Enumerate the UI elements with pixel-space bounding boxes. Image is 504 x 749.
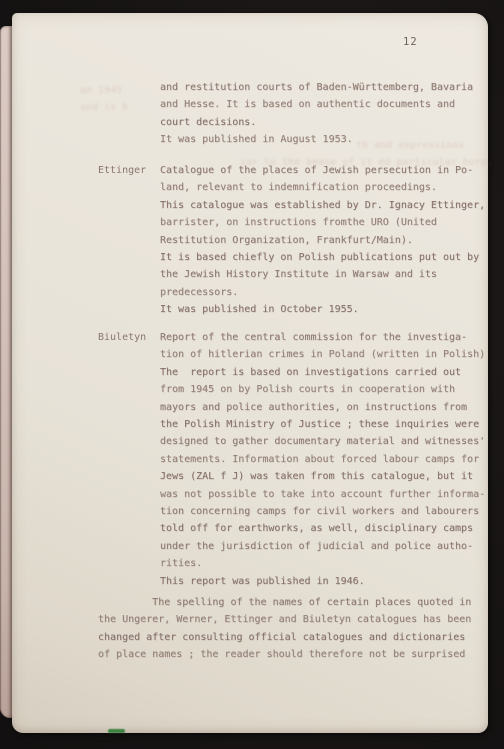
entry-ettinger: Ettinger Catalogue of the places of Jewi… [98,162,484,319]
text-line: Report of the central commission for the… [160,329,484,346]
entry-biuletyn: Biuletyn Report of the central commissio… [98,329,484,590]
text-line: Restitution Organization, Frankfurt/Main… [160,232,484,249]
text-line: told off for earthworks, as well, discip… [160,520,484,537]
text-line: land, relevant to indemnification procee… [160,179,484,196]
text-line: of place names ; the reader should there… [98,646,484,663]
text-line: and restitution courts of Baden-Württemb… [160,79,484,96]
closing-paragraph: The spelling of the names of certain pla… [98,594,484,664]
text-line: This report was published in 1946. [160,573,484,590]
entry-body: and restitution courts of Baden-Württemb… [160,79,484,149]
text-line: was not possible to take into account fu… [160,486,484,503]
text-line: Catalogue of the places of Jewish persec… [160,162,484,179]
text-line: This catalogue was established by Dr. Ig… [160,197,484,214]
entry-label: Ettinger [98,162,160,179]
text-line: barrister, on instructions fromthe URO (… [160,214,484,231]
text-line: designed to gather documentary material … [160,433,484,450]
document-page: 12 an 1945 . and is b th and expressions… [12,13,488,733]
text-line: statements. Information about forced lab… [160,451,484,468]
text-line: It was published in October 1955. [160,301,484,318]
text-line: the Polish Ministry of Justice ; these i… [160,416,484,433]
text-line: under the jurisdiction of judicial and p… [160,538,484,555]
text-line: Jews (ZAL f J) was taken from this catal… [160,468,484,485]
text-line: It was published in August 1953. [160,131,484,148]
text-line: and Hesse. It is based on authentic docu… [160,96,484,113]
scanner-background: 12 an 1945 . and is b th and expressions… [0,0,504,749]
text-line: rities. [160,555,484,572]
text-line: The spelling of the names of certain pla… [98,594,484,611]
text-line: tion concerning camps for civil workers … [160,503,484,520]
entry-body: Catalogue of the places of Jewish persec… [160,162,484,319]
text-line: The report is based on investigations ca… [160,364,484,381]
page-number: 12 [403,36,418,48]
entry-body: Report of the central commission for the… [160,329,484,590]
text-line: changed after consulting official catalo… [98,629,484,646]
text-line: the Jewish History Institute in Warsaw a… [160,266,484,283]
text-line: tion of hitlerian crimes in Poland (writ… [160,346,484,363]
entry-label: Biuletyn [98,329,160,346]
text-line: the Ungerer, Werner, Ettinger and Biulet… [98,611,484,628]
text-line: mayors and police authorities, on instru… [160,399,484,416]
text-line: from 1945 on by Polish courts in coopera… [160,381,484,398]
entry-continuation: and restitution courts of Baden-Württemb… [98,79,484,149]
green-scan-artifact [108,729,125,733]
text-line: It is based chiefly on Polish publicatio… [160,249,484,266]
text-line: predecessors. [160,284,484,301]
text-line: court decisions. [160,114,484,131]
